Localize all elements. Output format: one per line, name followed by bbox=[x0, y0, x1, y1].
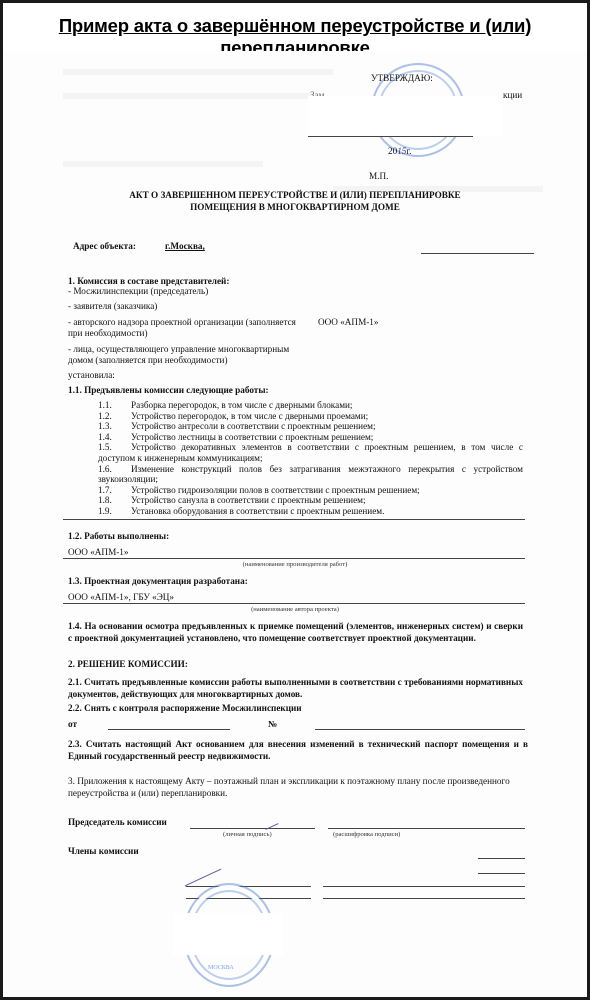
work-item-text: Устройство гидроизоляции полов в соответ… bbox=[131, 485, 420, 496]
address-city: г.Москва, bbox=[165, 241, 205, 252]
order-number-line bbox=[315, 729, 525, 730]
decision-heading: 2. РЕШЕНИЕ КОМИССИИ: bbox=[68, 659, 188, 670]
signature-decoding-caption: (расшифровка подписи) bbox=[333, 829, 400, 840]
order-from-label: от bbox=[68, 719, 77, 730]
work-item-number: 1.5. bbox=[98, 442, 112, 453]
decision-p23: 2.3. Считать настоящий Акт основанием дл… bbox=[68, 739, 528, 762]
redacted-stamp-center bbox=[173, 913, 283, 955]
inspection-text: 1.4. На основании осмотра предъявленных … bbox=[68, 621, 523, 644]
commission-member: - авторского надзора проектной организац… bbox=[68, 317, 296, 328]
stamp-city-text: МОСКВА bbox=[208, 963, 234, 974]
address-label: Адрес объекта: bbox=[73, 241, 136, 252]
established-label: установила: bbox=[68, 370, 115, 381]
approve-label: УТВЕРЖДАЮ: bbox=[371, 73, 433, 84]
work-item-text: Разборка перегородок, в том числе с двер… bbox=[131, 400, 353, 411]
work-item-text: Устройство декоративных элементов в соот… bbox=[131, 442, 523, 453]
work-item-number: 1.2. bbox=[98, 411, 112, 422]
approver-name-line bbox=[308, 136, 473, 137]
design-docs-value: ООО «АПМ-1», ГБУ «ЭЦ» bbox=[68, 592, 174, 603]
work-item-number: 1.6. bbox=[98, 464, 112, 475]
work-item-number: 1.7. bbox=[98, 485, 112, 496]
design-docs-caption: (наименование автора проекта) bbox=[3, 604, 587, 615]
attachments-text: 3. Приложения к настоящему Акту – поэтаж… bbox=[68, 775, 523, 799]
act-heading-line2: ПОМЕЩЕНИЯ В МНОГОКВАРТИРНОМ ДОМЕ bbox=[3, 202, 587, 213]
work-item-number: 1.8. bbox=[98, 495, 112, 506]
redacted-approver bbox=[308, 96, 503, 136]
work-item-number: 1.4. bbox=[98, 432, 112, 443]
date-suffix: г. bbox=[406, 146, 411, 156]
commission-member: - лица, осуществляющего управление много… bbox=[68, 344, 289, 355]
performed-heading: 1.2. Работы выполнены: bbox=[68, 531, 169, 542]
performed-caption: (наименование производителя работ) bbox=[3, 559, 587, 570]
personal-signature-caption: (личная подпись) bbox=[223, 829, 272, 840]
scanned-document: УТВЕРЖДАЮ: Зам... кции 2015г. М.П. АКТ О… bbox=[3, 51, 587, 997]
works-heading: 1.1. Предъявлены комиссии следующие рабо… bbox=[68, 385, 269, 396]
decision-p21: 2.1. Считать предъявленные комиссии рабо… bbox=[68, 677, 523, 700]
members-label: Члены комиссии bbox=[68, 846, 139, 857]
work-item-number: 1.9. bbox=[98, 506, 112, 517]
order-date-line bbox=[108, 729, 230, 730]
chairman-label: Председатель комиссии bbox=[68, 817, 167, 828]
approval-date: 2015г. bbox=[388, 146, 411, 157]
document-frame: Пример акта о завершённом переустройстве… bbox=[3, 3, 587, 997]
work-item-continuation: доступом к инженерным коммуникациям; bbox=[98, 453, 263, 464]
act-heading-line1: АКТ О ЗАВЕРШЕННОМ ПЕРЕУСТРОЙСТВЕ И (ИЛИ)… bbox=[3, 190, 587, 201]
work-item-text: Устройство лестницы в соответствии с про… bbox=[131, 432, 373, 443]
member-line bbox=[478, 858, 525, 859]
seal-label: М.П. bbox=[369, 171, 388, 182]
member-decoding-line bbox=[323, 886, 525, 887]
decision-p22: 2.2. Снять с контроля распоряжение Мосжи… bbox=[68, 703, 302, 714]
work-item-text: Изменение конструкций полов без затрагив… bbox=[131, 464, 523, 475]
work-item-continuation: звукоизоляции; bbox=[98, 474, 158, 485]
address-line bbox=[421, 253, 534, 254]
member-signature-line bbox=[186, 886, 311, 887]
work-item-number: 1.1. bbox=[98, 400, 112, 411]
commission-member: - Мосжилинспекции (председатель) bbox=[68, 286, 208, 297]
work-item-text: Установка оборудования в соответствии с … bbox=[131, 506, 384, 517]
design-docs-heading: 1.3. Проектная документация разработана: bbox=[68, 576, 248, 587]
author-supervision-value: ООО «АПМ-1» bbox=[318, 317, 378, 328]
date-year: 20 bbox=[388, 146, 397, 156]
work-item-number: 1.3. bbox=[98, 421, 112, 432]
member-signature-mark bbox=[185, 869, 222, 887]
performed-value: ООО «АПМ-1» bbox=[68, 547, 128, 558]
works-bottom-line bbox=[63, 519, 525, 520]
commission-member: при необходимости) bbox=[68, 328, 148, 339]
work-item-text: Устройство санузла в соответствии с прое… bbox=[131, 495, 366, 506]
member-line bbox=[478, 873, 525, 874]
member-decoding-line bbox=[323, 898, 525, 899]
work-item-text: Устройство антресоли в соответствии с пр… bbox=[131, 421, 376, 432]
commission-member: - заявителя (заказчика) bbox=[68, 301, 157, 312]
approver-position-right: кции bbox=[503, 90, 522, 101]
commission-member: домом (заполняется при необходимости) bbox=[68, 355, 228, 366]
order-number-label: № bbox=[268, 719, 277, 730]
work-item-text: Устройство перегородок, в том числе с дв… bbox=[131, 411, 368, 422]
